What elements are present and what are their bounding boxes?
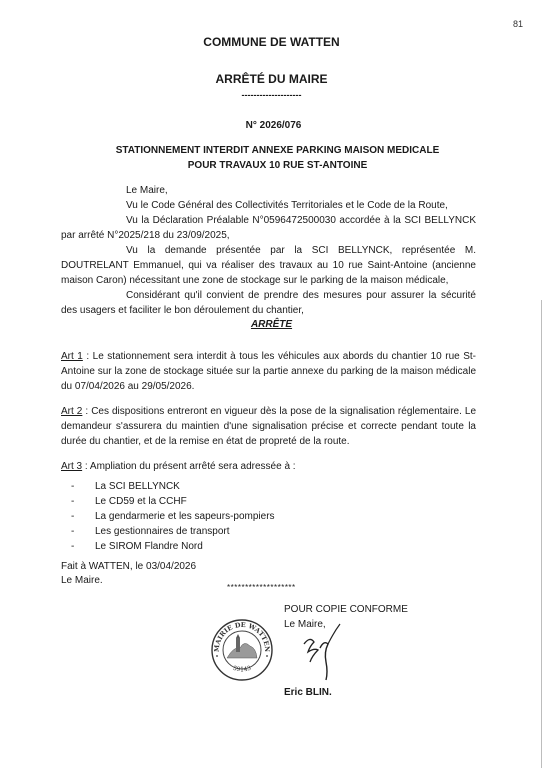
signature-icon [298,622,348,682]
article-2: Art 2 : Ces dispositions entreront en vi… [61,404,476,449]
recipient-item: -La SCI BELLYNCK [71,479,275,494]
list-bullet: - [71,539,74,554]
recipient-label: La SCI BELLYNCK [95,481,180,492]
arrete-heading: ARRÊTE [0,319,543,330]
mairie-stamp-icon: MAIRIE DE WATTEN 59143 [210,618,274,682]
list-bullet: - [71,524,74,539]
svg-text:59143: 59143 [232,665,252,674]
article-3-text: : Ampliation du présent arrêté sera adre… [82,461,295,472]
stars-separator: ******************* [227,583,296,592]
preamble-vu-demande: Vu la demande présentée par la SCI BELLY… [61,243,476,288]
document-title: ARRÊTÉ DU MAIRE [0,72,543,86]
commune-name: COMMUNE DE WATTEN [0,35,543,49]
article-3-label: Art 3 [61,461,82,472]
recipient-label: Le CD59 et la CCHF [95,496,187,507]
fait-a: Fait à WATTEN, le 03/04/2026 [61,559,196,574]
article-3: Art 3 : Ampliation du présent arrêté ser… [61,459,476,474]
article-2-label: Art 2 [61,406,82,417]
signatory-name: Eric BLIN. [284,687,332,698]
subject-line-2: POUR TRAVAUX 10 RUE ST-ANTOINE [6,158,543,173]
scan-edge-line [541,300,542,768]
page-number: 81 [513,19,523,29]
preamble-vu-declaration: Vu la Déclaration Préalable N°0596472500… [61,213,476,243]
article-1: Art 1 : Le stationnement sera interdit à… [61,349,476,394]
recipient-item: -Le CD59 et la CCHF [71,494,275,509]
recipient-item: -Les gestionnaires de transport [71,524,275,539]
subject-line-1: STATIONNEMENT INTERDIT ANNEXE PARKING MA… [6,143,543,158]
closing-le-maire: Le Maire. [61,573,103,588]
article-2-text: : Ces dispositions entreront en vigueur … [61,406,476,447]
copie-conforme: POUR COPIE CONFORME [284,604,408,615]
recipient-label: Le SIROM Flandre Nord [95,541,203,552]
recipient-label: Les gestionnaires de transport [95,526,230,537]
list-bullet: - [71,479,74,494]
title-separator: -------------------- [0,90,543,100]
subject: STATIONNEMENT INTERDIT ANNEXE PARKING MA… [6,143,543,173]
list-bullet: - [71,509,74,524]
preamble-le-maire: Le Maire, [61,183,476,198]
article-1-label: Art 1 [61,351,83,362]
recipient-item: -Le SIROM Flandre Nord [71,539,275,554]
preamble-considerant: Considérant qu'il convient de prendre de… [61,288,476,318]
list-bullet: - [71,494,74,509]
recipient-label: La gendarmerie et les sapeurs-pompiers [95,511,275,522]
recipient-item: -La gendarmerie et les sapeurs-pompiers [71,509,275,524]
preamble-vu-code: Vu le Code Général des Collectivités Ter… [61,198,476,213]
article-1-text: : Le stationnement sera interdit à tous … [61,351,476,392]
recipients-list: -La SCI BELLYNCK -Le CD59 et la CCHF -La… [71,479,275,554]
arrete-number: N° 2026/076 [2,120,543,131]
